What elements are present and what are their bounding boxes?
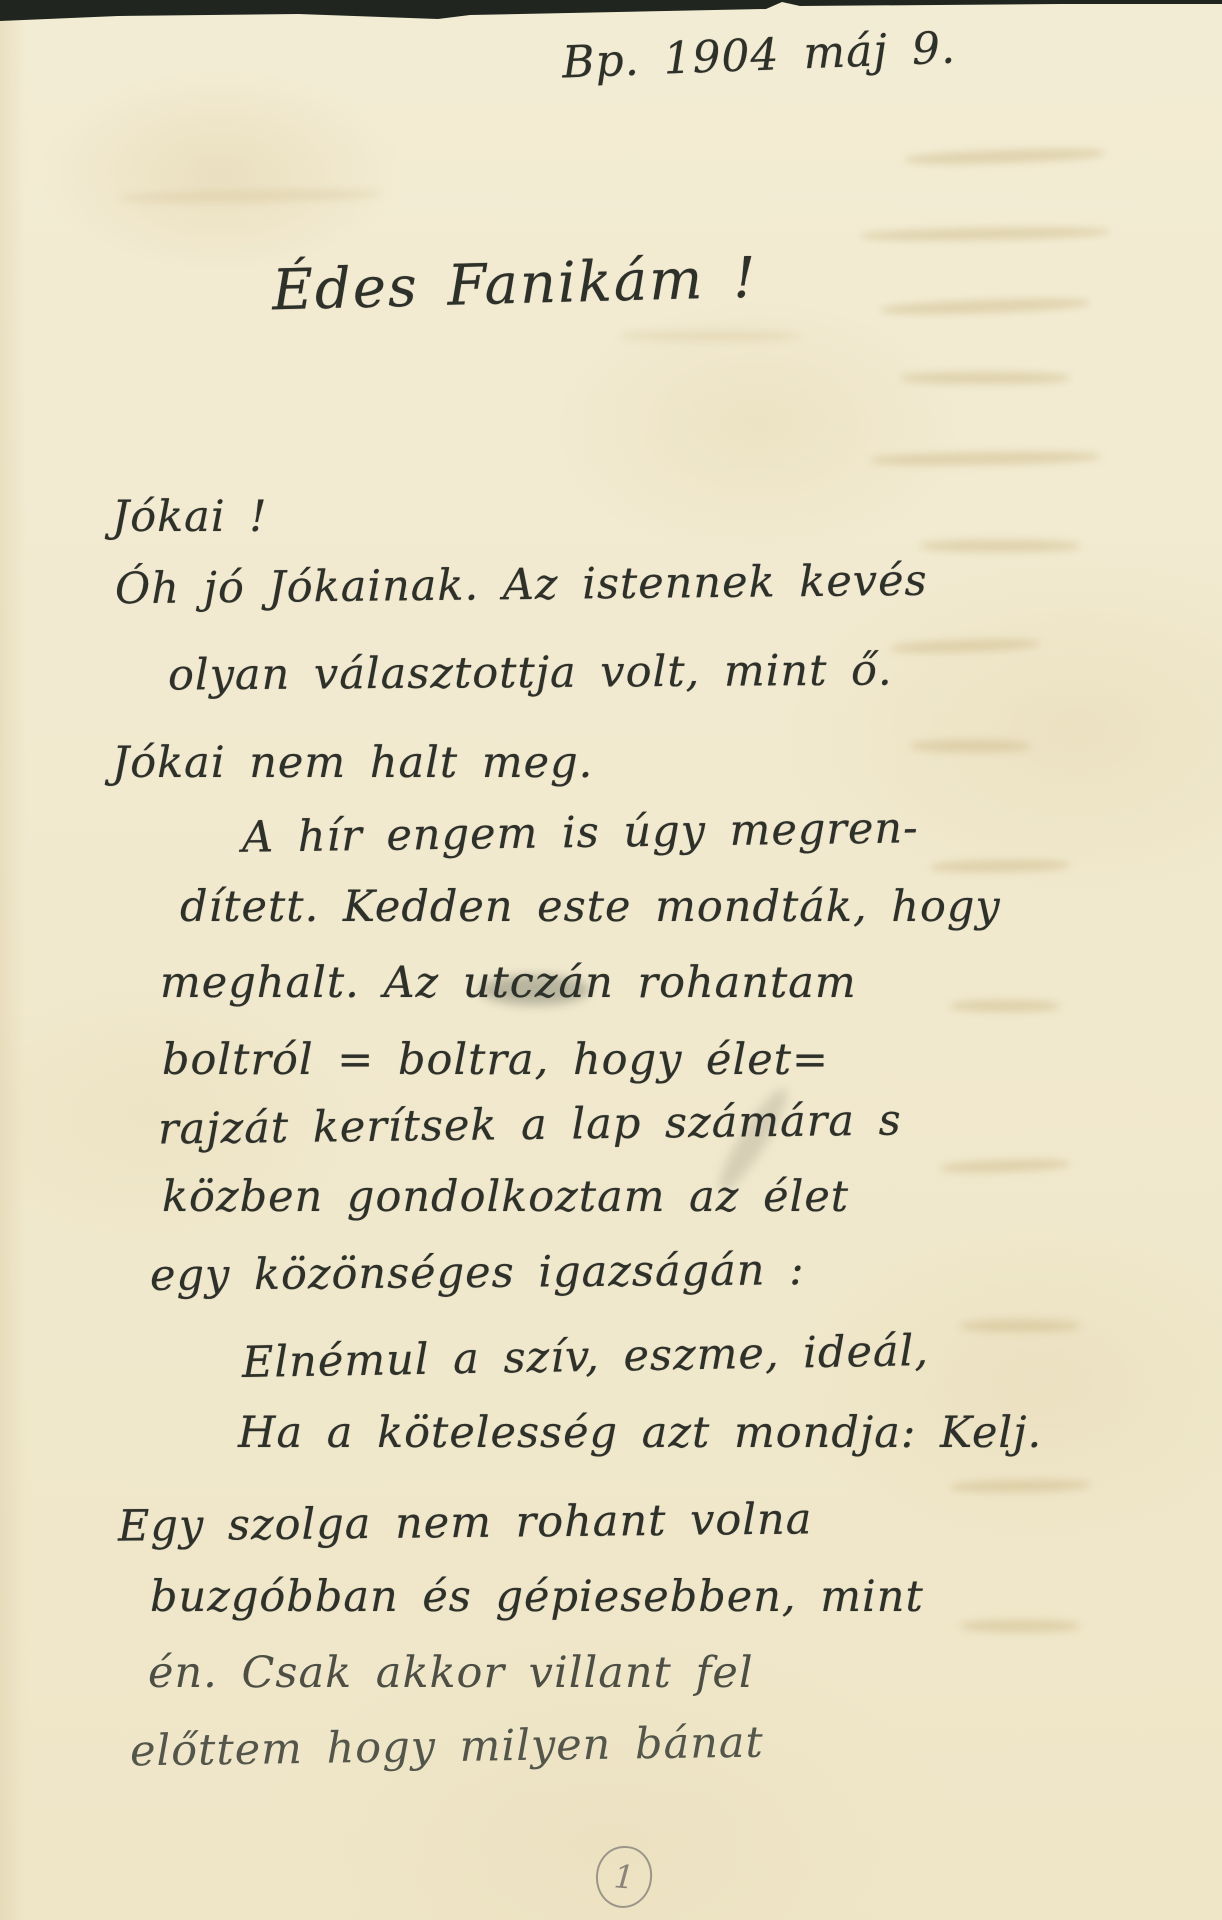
letter-page: Bp. 1904 máj 9. Édes Fanikám ! Jókai ! Ó… <box>0 0 1222 1920</box>
letter-line: dített. Kedden este mondták, hogy <box>180 882 1001 932</box>
letter-line: egy közönséges igazságán : <box>150 1245 805 1301</box>
letter-line: én. Csak akkor villant fel <box>148 1648 754 1698</box>
letter-line: Jókai nem halt meg. <box>112 738 593 788</box>
letter-line: Egy szolga nem rohant volna <box>118 1494 813 1551</box>
letter-line: Elnémul a szív, eszme, ideál, <box>242 1326 930 1388</box>
letter-line: rajzát kerítsek a lap számára s <box>158 1095 902 1154</box>
letter-line: Ha a kötelesség azt mondja: Kelj. <box>238 1408 1042 1458</box>
letter-line: meghalt. Az utczán rohantam <box>160 958 857 1008</box>
letter-line: buzgóbban és gépiesebben, mint <box>150 1572 924 1622</box>
page-number-value: 1 <box>613 1857 636 1896</box>
salutation: Édes Fanikám ! <box>271 246 758 324</box>
letter-line: Óh jó Jókainak. Az istennek kevés <box>115 556 928 615</box>
letter-line: A hír engem is úgy megren- <box>242 803 919 862</box>
page-number: 1 <box>594 1844 654 1910</box>
letter-line: Jókai ! <box>112 492 268 542</box>
dateline: Bp. 1904 máj 9. <box>561 22 957 88</box>
letter-line: közben gondolkoztam az élet <box>162 1172 849 1222</box>
letter-line: előttem hogy milyen bánat <box>130 1718 764 1777</box>
letter-line: boltról = boltra, hogy élet= <box>162 1035 829 1085</box>
letter-line: olyan választottja volt, mint ő. <box>168 645 893 700</box>
scan-edge <box>0 0 1222 26</box>
